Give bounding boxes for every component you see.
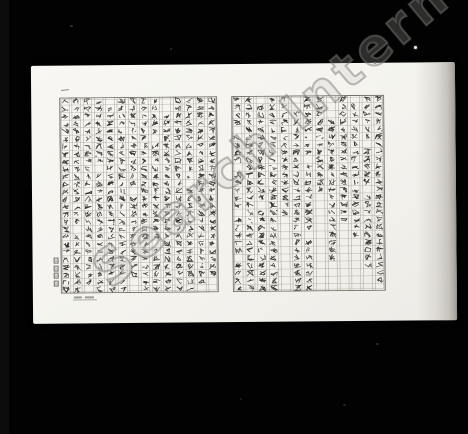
scan-viewport: Search Internatio	[0, 0, 468, 434]
margin-stamp	[54, 258, 60, 287]
dust-speck	[240, 398, 242, 400]
stamp-cell	[54, 258, 59, 264]
page-edge-shadow	[415, 62, 457, 320]
dust-speck	[70, 25, 73, 27]
stamp-cell	[54, 280, 59, 286]
dust-speck	[376, 343, 379, 345]
dust-speck	[343, 404, 346, 406]
right-text-block	[231, 95, 386, 292]
film-edge-strip	[0, 0, 9, 434]
dust-speck	[374, 62, 376, 64]
footer-mark	[73, 296, 97, 300]
dust-speck	[414, 46, 417, 49]
manuscript-page	[31, 62, 457, 324]
left-text-block	[59, 96, 219, 293]
dust-speck	[170, 48, 172, 50]
pencil-mark	[61, 89, 69, 93]
stamp-cell	[54, 265, 59, 271]
stamp-cell	[54, 273, 59, 279]
